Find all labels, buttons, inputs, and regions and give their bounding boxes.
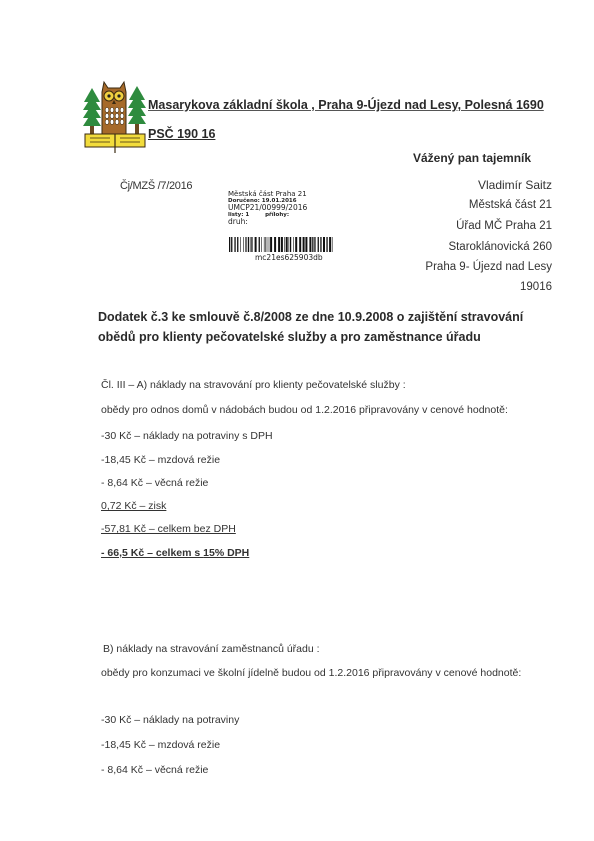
registry-stamp: Městská část Praha 21 Doručeno: 19.01.20…	[228, 190, 338, 226]
document-title-line: obědů pro klienty pečovatelské služby a …	[98, 327, 523, 347]
section-b-item: -30 Kč – náklady na potraviny	[101, 714, 239, 726]
section-b-intro: obědy pro konzumaci ve školní jídelně bu…	[101, 667, 521, 679]
section-a-total-vat: 15% DPH	[203, 547, 249, 559]
document-title-line: Dodatek č.3 ke smlouvě č.8/2008 ze dne 1…	[98, 307, 523, 327]
salutation: Vážený pan tajemník	[413, 151, 531, 165]
reference-number: Čj/MZŠ /7/2016	[120, 180, 192, 192]
section-a-item: 0,72 Kč – zisk	[101, 500, 166, 512]
stamp-type: druh:	[228, 218, 338, 226]
section-a-item: -57,81 Kč – celkem bez DPH	[101, 523, 236, 535]
section-a-item: -30 Kč – náklady na potraviny s DPH	[101, 430, 273, 442]
section-a-total: - 66,5 Kč – celkem s 15% DPH	[101, 547, 249, 559]
owl-logo-icon	[82, 76, 148, 154]
recipient-line: Městská část 21	[469, 199, 552, 211]
school-name: Masarykova základní škola , Praha 9-Újez…	[148, 98, 544, 112]
recipient-line: Praha 9- Újezd nad Lesy	[425, 261, 552, 273]
section-a-heading: Čl. III – A) náklady na stravování pro k…	[101, 379, 406, 391]
recipient-line: Staroklánovická 260	[448, 241, 552, 253]
recipient-name: Vladimír Saitz	[478, 178, 552, 192]
stamp-number: UMCP21/00999/2016	[228, 204, 338, 212]
stamp-attachments: přílohy:	[265, 212, 289, 218]
section-a-item: -18,45 Kč – mzdová režie	[101, 454, 220, 466]
section-a-total-prefix: - 66,5 Kč – celkem s	[101, 547, 203, 559]
document-title: Dodatek č.3 ke smlouvě č.8/2008 ze dne 1…	[98, 307, 523, 347]
recipient-postal-code: 19016	[520, 281, 552, 293]
section-b-item: - 8,64 Kč – věcná režie	[101, 764, 208, 776]
barcode-icon	[229, 237, 333, 252]
section-a-item: - 8,64 Kč – věcná režie	[101, 477, 208, 489]
section-b-heading: B) náklady na stravování zaměstnanců úřa…	[103, 643, 320, 655]
section-a-intro: obědy pro odnos domů v nádobách budou od…	[101, 404, 508, 416]
barcode-text: mc21es625903db	[255, 253, 323, 262]
section-b-item: -18,45 Kč – mzdová režie	[101, 739, 220, 751]
postal-code: PSČ 190 16	[148, 127, 215, 141]
recipient-line: Úřad MČ Praha 21	[456, 220, 552, 232]
stamp-office: Městská část Praha 21	[228, 190, 338, 198]
